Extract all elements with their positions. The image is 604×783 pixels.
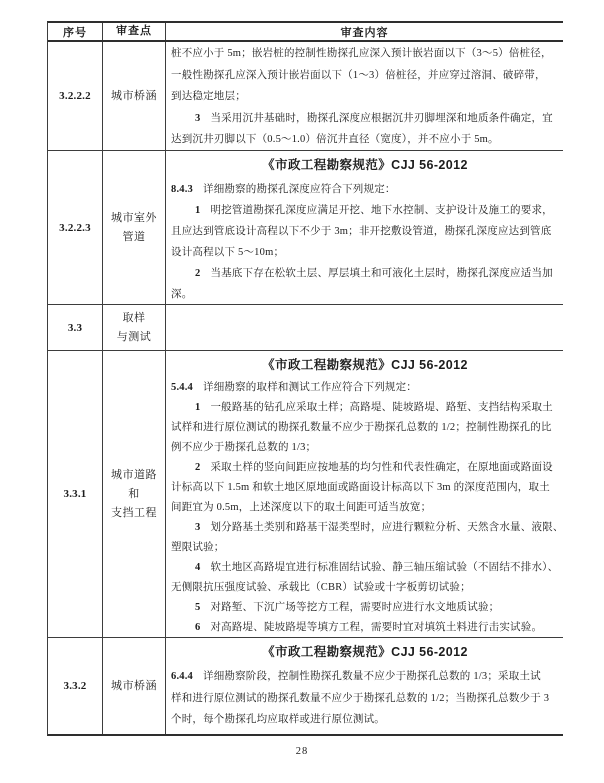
- spec-title: 《市政工程勘察规范》CJJ 56-2012: [171, 352, 559, 378]
- content-line: 6.4.4详细勘察阶段，控制性勘探孔数量不应少于勘探孔总数的 1/3；采取土试: [171, 666, 559, 688]
- content-line-text: 划分路基土类别和路基干湿类型时，应进行颗粒分析、天然含水量、液限、: [210, 522, 559, 533]
- clause-number: 4: [195, 562, 200, 573]
- row-id: 3.3.2: [64, 680, 87, 692]
- review-point-cell: 城市道路和支挡工程: [103, 351, 166, 637]
- content-line-text: 间距宜为 0.5m，上述深度以下的取土间距可适当放宽；: [171, 502, 431, 513]
- table-row: 3.3取样与测试: [48, 304, 563, 350]
- content-line: 计标高以下 1.5m 和软土地区原地面或路面设计标高以下 3m 的深度范围内，取…: [171, 478, 559, 498]
- review-point-line: 支挡工程: [111, 504, 157, 523]
- content-line-text: 且应达到管底设计高程以下不少于 3m；非开挖敷设管道，勘探孔深度应达到管底: [171, 226, 551, 237]
- content-line-text: 达到沉井刃脚以下（0.5～1.0）倍沉井直径（宽度），并不应小于 5m。: [171, 134, 499, 145]
- content-line: 塑限试验；: [171, 538, 559, 558]
- table-row: 3.2.2.2城市桥涵桩不应小于 5m；嵌岩桩的控制性勘探孔应深入预计嵌岩面以下…: [48, 42, 563, 150]
- content-line: 间距宜为 0.5m，上述深度以下的取土间距可适当放宽；: [171, 498, 559, 518]
- content-line: 且应达到管底设计高程以下不少于 3m；非开挖敷设管道，勘探孔深度应达到管底: [171, 221, 559, 242]
- spec-title: 《市政工程勘察规范》CJJ 56-2012: [171, 152, 559, 179]
- review-point-line: 与测试: [117, 328, 152, 347]
- content-line-text: 塑限试验；: [171, 542, 225, 553]
- content-line-text: 到达稳定地层；: [171, 91, 246, 102]
- clause-number: 3: [195, 522, 200, 533]
- content-line-text: 对高路堤、陡坡路堤等填方工程，需要时宜对填筑土料进行击实试验。: [210, 622, 542, 633]
- review-point-cell: 城市室外管道: [103, 151, 166, 304]
- content-line: 5对路堑、下沉广场等挖方工程，需要时应进行水文地质试验；: [171, 598, 559, 618]
- clause-number: 5: [195, 602, 200, 613]
- clause-number: 3: [195, 113, 200, 124]
- review-point-line: 取样: [123, 309, 146, 328]
- review-point-cell: 取样与测试: [103, 305, 166, 350]
- content-line-text: 采取土样的竖向间距应按地基的均匀性和代表性确定，在原地面或路面设: [210, 462, 552, 473]
- document-page: 序号 审查点 审查内容 3.2.2.2城市桥涵桩不应小于 5m；嵌岩桩的控制性勘…: [0, 0, 604, 783]
- content-line-text: 详细勘察阶段，控制性勘探孔数量不应少于勘探孔总数的 1/3；采取土试: [203, 671, 541, 682]
- clause-number: 5.4.4: [171, 382, 193, 393]
- spec-title: 《市政工程勘察规范》CJJ 56-2012: [171, 639, 559, 666]
- table-row: 3.3.1城市道路和支挡工程《市政工程勘察规范》CJJ 56-20125.4.4…: [48, 350, 563, 637]
- content-line: 样和进行原位测试的勘探孔数量不应少于勘探孔总数的 1/2；当勘探孔总数少于 3: [171, 688, 559, 710]
- table-row: 3.3.2城市桥涵《市政工程勘察规范》CJJ 56-20126.4.4详细勘察阶…: [48, 637, 563, 734]
- content-line-text: 无侧限抗压强度试验、承载比（CBR）试验或十字板剪切试验；: [171, 582, 471, 593]
- content-line: 4软土地区高路堤宜进行标准固结试验、静三轴压缩试验（不固结不排水）、: [171, 558, 559, 578]
- row-id: 3.2.2.3: [59, 222, 91, 234]
- review-content-cell: [166, 305, 563, 350]
- table-header-row: 序号 审查点 审查内容: [48, 23, 563, 42]
- table-body: 3.2.2.2城市桥涵桩不应小于 5m；嵌岩桩的控制性勘探孔应深入预计嵌岩面以下…: [48, 42, 563, 734]
- content-line: 5.4.4详细勘察的取样和测试工作应符合下列规定：: [171, 378, 559, 398]
- content-line: 到达稳定地层；: [171, 86, 559, 108]
- content-line: 例不应少于勘探孔总数的 1/3；: [171, 438, 559, 458]
- review-content-cell: 《市政工程勘察规范》CJJ 56-20125.4.4详细勘察的取样和测试工作应符…: [166, 351, 563, 637]
- table-row: 3.2.2.3城市室外管道《市政工程勘察规范》CJJ 56-20128.4.3详…: [48, 150, 563, 304]
- header-cell-review-content: 审查内容: [166, 23, 563, 40]
- content-line: 设计高程以下 5～10m；: [171, 242, 559, 263]
- content-line-text: 样和进行原位测试的勘探孔数量不应少于勘探孔总数的 1/2；当勘探孔总数少于 3: [171, 693, 549, 704]
- row-id-cell: 3.2.2.3: [48, 151, 103, 304]
- content-line-text: 对路堑、下沉广场等挖方工程，需要时应进行水文地质试验；: [210, 602, 499, 613]
- content-line-text: 设计高程以下 5～10m；: [171, 247, 284, 258]
- content-line: 试样和进行原位测试的勘探孔数量不应少于勘探孔总数的 1/2；控制性勘探孔的比: [171, 418, 559, 438]
- clause-number: 6: [195, 622, 200, 633]
- review-content-cell: 桩不应小于 5m；嵌岩桩的控制性勘探孔应深入预计嵌岩面以下（3～5）倍桩径，一般…: [166, 42, 563, 150]
- content-line-text: 例不应少于勘探孔总数的 1/3；: [171, 442, 316, 453]
- row-id-cell: 3.3.2: [48, 638, 103, 734]
- content-line: 桩不应小于 5m；嵌岩桩的控制性勘探孔应深入预计嵌岩面以下（3～5）倍桩径，: [171, 43, 559, 65]
- content-line: 2当基底下存在松软土层、厚层填土和可液化土层时，勘探孔深度应适当加: [171, 263, 559, 284]
- content-line-text: 软土地区高路堤宜进行标准固结试验、静三轴压缩试验（不固结不排水）、: [210, 562, 558, 573]
- content-line: 8.4.3详细勘察的勘探孔深度应符合下列规定：: [171, 179, 559, 200]
- row-id-cell: 3.2.2.2: [48, 42, 103, 150]
- header-cell-review-point: 审查点: [103, 23, 166, 40]
- clause-number: 8.4.3: [171, 184, 193, 195]
- content-line-text: 计标高以下 1.5m 和软土地区原地面或路面设计标高以下 3m 的深度范围内，取…: [171, 482, 550, 493]
- review-point-cell: 城市桥涵: [103, 42, 166, 150]
- content-line-text: 个时，每个勘探孔均应取样或进行原位测试。: [171, 714, 385, 725]
- clause-number: 2: [195, 462, 200, 473]
- review-point-line: 城市道路: [111, 466, 157, 485]
- clause-number: 6.4.4: [171, 671, 193, 682]
- content-line: 1一般路基的钻孔应采取土样；高路堤、陡坡路堤、路堑、支挡结构采取土: [171, 398, 559, 418]
- review-content-cell: 《市政工程勘察规范》CJJ 56-20126.4.4详细勘察阶段，控制性勘探孔数…: [166, 638, 563, 734]
- row-id-cell: 3.3: [48, 305, 103, 350]
- review-point-line: 城市桥涵: [111, 677, 157, 696]
- content-line-text: 一般性勘探孔应深入预计嵌岩面以下（1～3）倍桩径，并应穿过溶洞、破碎带，: [171, 70, 546, 81]
- content-line: 深。: [171, 284, 559, 305]
- page-number: 28: [0, 746, 604, 757]
- content-line: 6对高路堤、陡坡路堤等填方工程，需要时宜对填筑土料进行击实试验。: [171, 618, 559, 638]
- clause-number: 2: [195, 268, 200, 279]
- content-line: 3当采用沉井基础时，勘探孔深度应根据沉井刃脚埋深和地质条件确定，宜: [171, 108, 559, 130]
- review-point-line: 和: [128, 485, 140, 504]
- content-line: 一般性勘探孔应深入预计嵌岩面以下（1～3）倍桩径，并应穿过溶洞、破碎带，: [171, 65, 559, 87]
- header-cell-index: 序号: [48, 23, 103, 40]
- content-line-text: 当基底下存在松软土层、厚层填土和可液化土层时，勘探孔深度应适当加: [210, 268, 552, 279]
- review-point-line: 城市桥涵: [111, 87, 157, 106]
- review-content-cell: 《市政工程勘察规范》CJJ 56-20128.4.3详细勘察的勘探孔深度应符合下…: [166, 151, 563, 304]
- row-id-cell: 3.3.1: [48, 351, 103, 637]
- content-line-text: 详细勘察的勘探孔深度应符合下列规定：: [203, 184, 396, 195]
- content-line-text: 试样和进行原位测试的勘探孔数量不应少于勘探孔总数的 1/2；控制性勘探孔的比: [171, 422, 552, 433]
- content-line: 无侧限抗压强度试验、承载比（CBR）试验或十字板剪切试验；: [171, 578, 559, 598]
- content-line: 达到沉井刃脚以下（0.5～1.0）倍沉井直径（宽度），并不应小于 5m。: [171, 129, 559, 151]
- content-line-text: 详细勘察的取样和测试工作应符合下列规定：: [203, 382, 417, 393]
- row-id: 3.3: [68, 322, 82, 334]
- row-id: 3.3.1: [64, 488, 87, 500]
- content-line: 个时，每个勘探孔均应取样或进行原位测试。: [171, 709, 559, 731]
- review-point-cell: 城市桥涵: [103, 638, 166, 734]
- review-point-line: 管道: [123, 228, 146, 247]
- review-point-line: 城市室外: [111, 209, 157, 228]
- clause-number: 1: [195, 402, 200, 413]
- content-line-text: 当采用沉井基础时，勘探孔深度应根据沉井刃脚埋深和地质条件确定，宜: [210, 113, 552, 124]
- review-table: 序号 审查点 审查内容 3.2.2.2城市桥涵桩不应小于 5m；嵌岩桩的控制性勘…: [47, 21, 563, 736]
- content-line: 1明挖管道勘探孔深度应满足开挖、地下水控制、支护设计及施工的要求，: [171, 200, 559, 221]
- content-line: 2采取土样的竖向间距应按地基的均匀性和代表性确定，在原地面或路面设: [171, 458, 559, 478]
- content-line: 3划分路基土类别和路基干湿类型时，应进行颗粒分析、天然含水量、液限、: [171, 518, 559, 538]
- content-line-text: 明挖管道勘探孔深度应满足开挖、地下水控制、支护设计及施工的要求，: [210, 205, 552, 216]
- content-line-text: 一般路基的钻孔应采取土样；高路堤、陡坡路堤、路堑、支挡结构采取土: [210, 402, 552, 413]
- clause-number: 1: [195, 205, 200, 216]
- row-id: 3.2.2.2: [59, 90, 91, 102]
- content-line-text: 桩不应小于 5m；嵌岩桩的控制性勘探孔应深入预计嵌岩面以下（3～5）倍桩径，: [171, 48, 552, 59]
- content-line-text: 深。: [171, 289, 192, 300]
